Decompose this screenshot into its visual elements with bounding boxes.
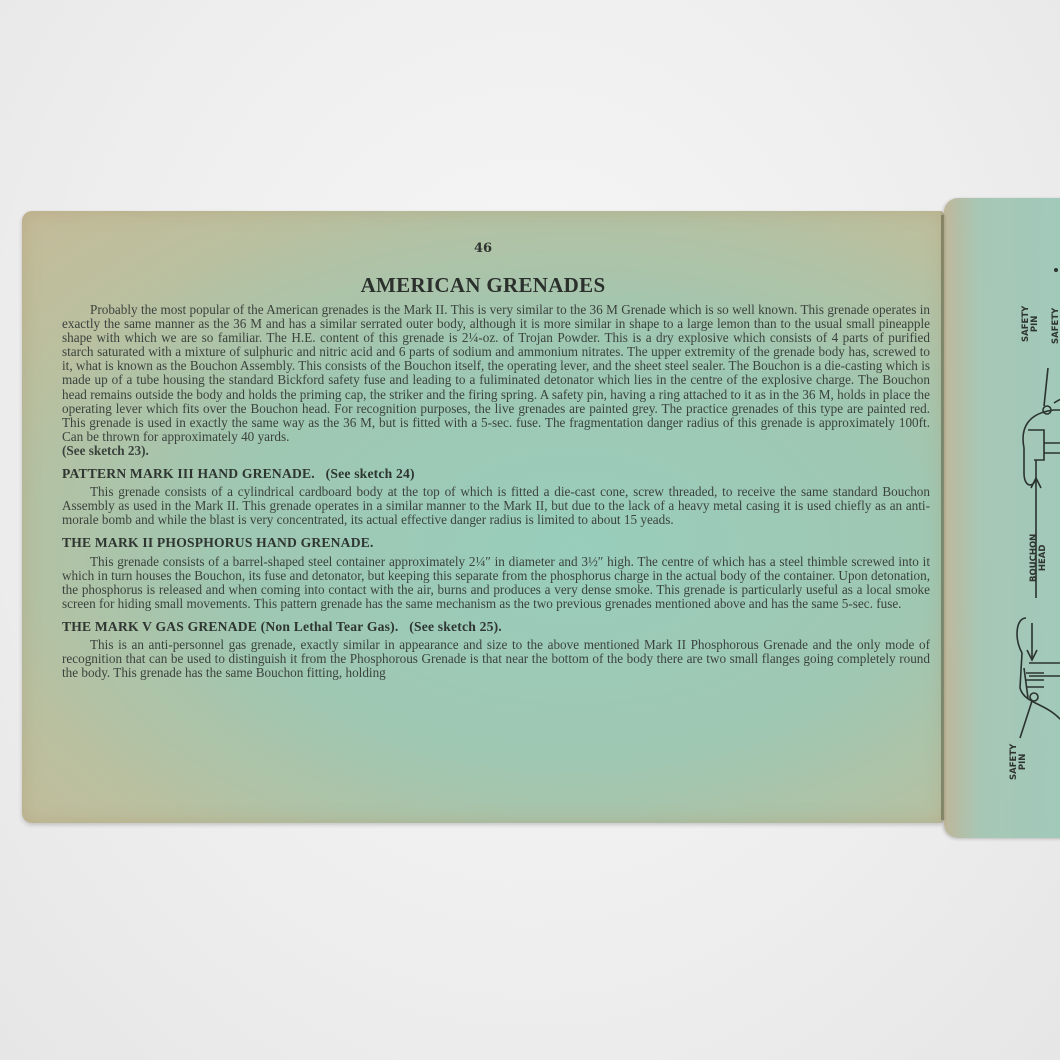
heading-text: PATTERN MARK III HAND GRENADE.: [62, 466, 315, 481]
section-intro-paragraph: Probably the most popular of the America…: [62, 303, 930, 458]
sketch-label-safety-pin-upper: SAFETY PIN: [1022, 306, 1040, 342]
page-title: AMERICAN GRENADES: [22, 273, 944, 298]
grenade-sketch-icon: [944, 198, 1060, 838]
sketch-reference: (See sketch 24): [326, 466, 415, 481]
right-page: SAFETY PIN SAFETY BOUCHON HEAD SAFETY PI…: [944, 198, 1060, 838]
label-line: SAFETY: [1052, 308, 1060, 344]
page-content: Probably the most popular of the America…: [62, 303, 930, 680]
page-number: 46: [22, 241, 944, 256]
heading-text: THE MARK V GAS GRENADE (Non Lethal Tear …: [62, 619, 398, 634]
label-line: PIN: [1019, 744, 1028, 780]
section-heading-mark-iii: PATTERN MARK III HAND GRENADE. (See sket…: [62, 467, 930, 481]
paragraph-text: Probably the most popular of the America…: [62, 302, 930, 444]
heading-text: THE MARK II PHOSPHORUS HAND GRENADE.: [62, 535, 374, 550]
section-heading-mark-v-gas: THE MARK V GAS GRENADE (Non Lethal Tear …: [62, 620, 930, 634]
label-line: PIN: [1031, 306, 1040, 342]
sketch-label-safety-pin-lower: SAFETY PIN: [1010, 744, 1028, 780]
section-heading-phosphorus: THE MARK II PHOSPHORUS HAND GRENADE.: [62, 536, 930, 550]
sketch-label-bouchon-head: BOUCHON HEAD: [1030, 534, 1048, 582]
section-phosphorus-paragraph: This grenade consists of a barrel-shaped…: [62, 555, 930, 611]
sketch-reference: (See sketch 23).: [62, 443, 149, 458]
left-page: 46 AMERICAN GRENADES Probably the most p…: [22, 211, 944, 823]
section-mark-iii-paragraph: This grenade consists of a cylindrical c…: [62, 485, 930, 527]
sketch-label-safety-upper: SAFETY: [1052, 308, 1060, 344]
label-line: HEAD: [1039, 534, 1048, 582]
section-mark-v-paragraph: This is an anti-personnel gas grenade, e…: [62, 638, 930, 680]
sketch-reference: (See sketch 25).: [409, 619, 502, 634]
